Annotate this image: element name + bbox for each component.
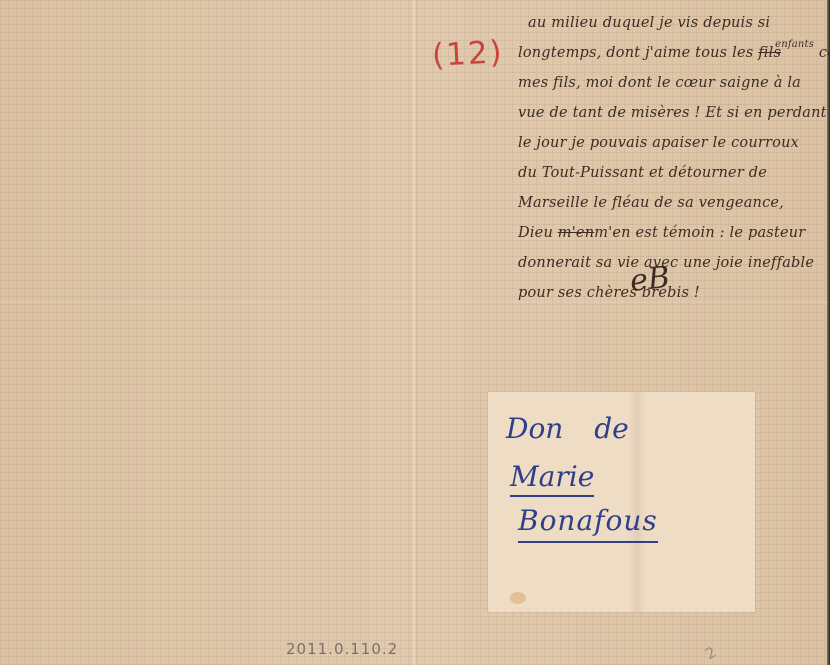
letter-line-tail: comme	[819, 45, 830, 61]
page-number: (12)	[431, 34, 504, 74]
letter-line: le jour je pouvais apaiser le courroux	[518, 128, 823, 158]
center-fold	[410, 0, 418, 665]
inserted-word: enfants	[775, 39, 814, 50]
donation-label: Don de	[506, 412, 629, 445]
signature-initials: eB	[628, 260, 671, 299]
donation-slip: Don de Marie Bonafous	[488, 392, 755, 612]
letter-line: vue de tant de misères ! Et si en perdan…	[518, 98, 823, 128]
letter-line-tail: m'en est témoin : le pasteur	[594, 225, 805, 241]
donor-last-name: Bonafous	[518, 504, 658, 543]
letter-line-corrected: Dieu m'enm'en est témoin : le pasteur	[518, 218, 823, 248]
struck-word: m'en	[558, 225, 594, 241]
letter-line: au milieu duquel je vis depuis si	[518, 8, 823, 38]
slip-stain	[510, 592, 526, 604]
inventory-number: 2011.0.110.2	[286, 640, 398, 658]
letter-line-prefix: Dieu	[518, 225, 553, 241]
letter-line: donnerait sa vie avec une joie ineffable	[518, 248, 823, 278]
slip-fold-shadow	[628, 392, 646, 612]
letter-text: au milieu duquel je vis depuis si longte…	[518, 8, 823, 308]
letter-line: du Tout-Puissant et détourner de	[518, 158, 823, 188]
letter-line: mes fils, moi dont le cœur saigne à la	[518, 68, 823, 98]
letter-line-text: longtemps, dont j'aime tous les	[518, 45, 753, 61]
letter-line: Marseille le fléau de sa vengeance,	[518, 188, 823, 218]
donor-first-name: Marie	[510, 460, 594, 497]
letter-line-corrected: longtemps, dont j'aime tous les filsenfa…	[518, 38, 823, 68]
